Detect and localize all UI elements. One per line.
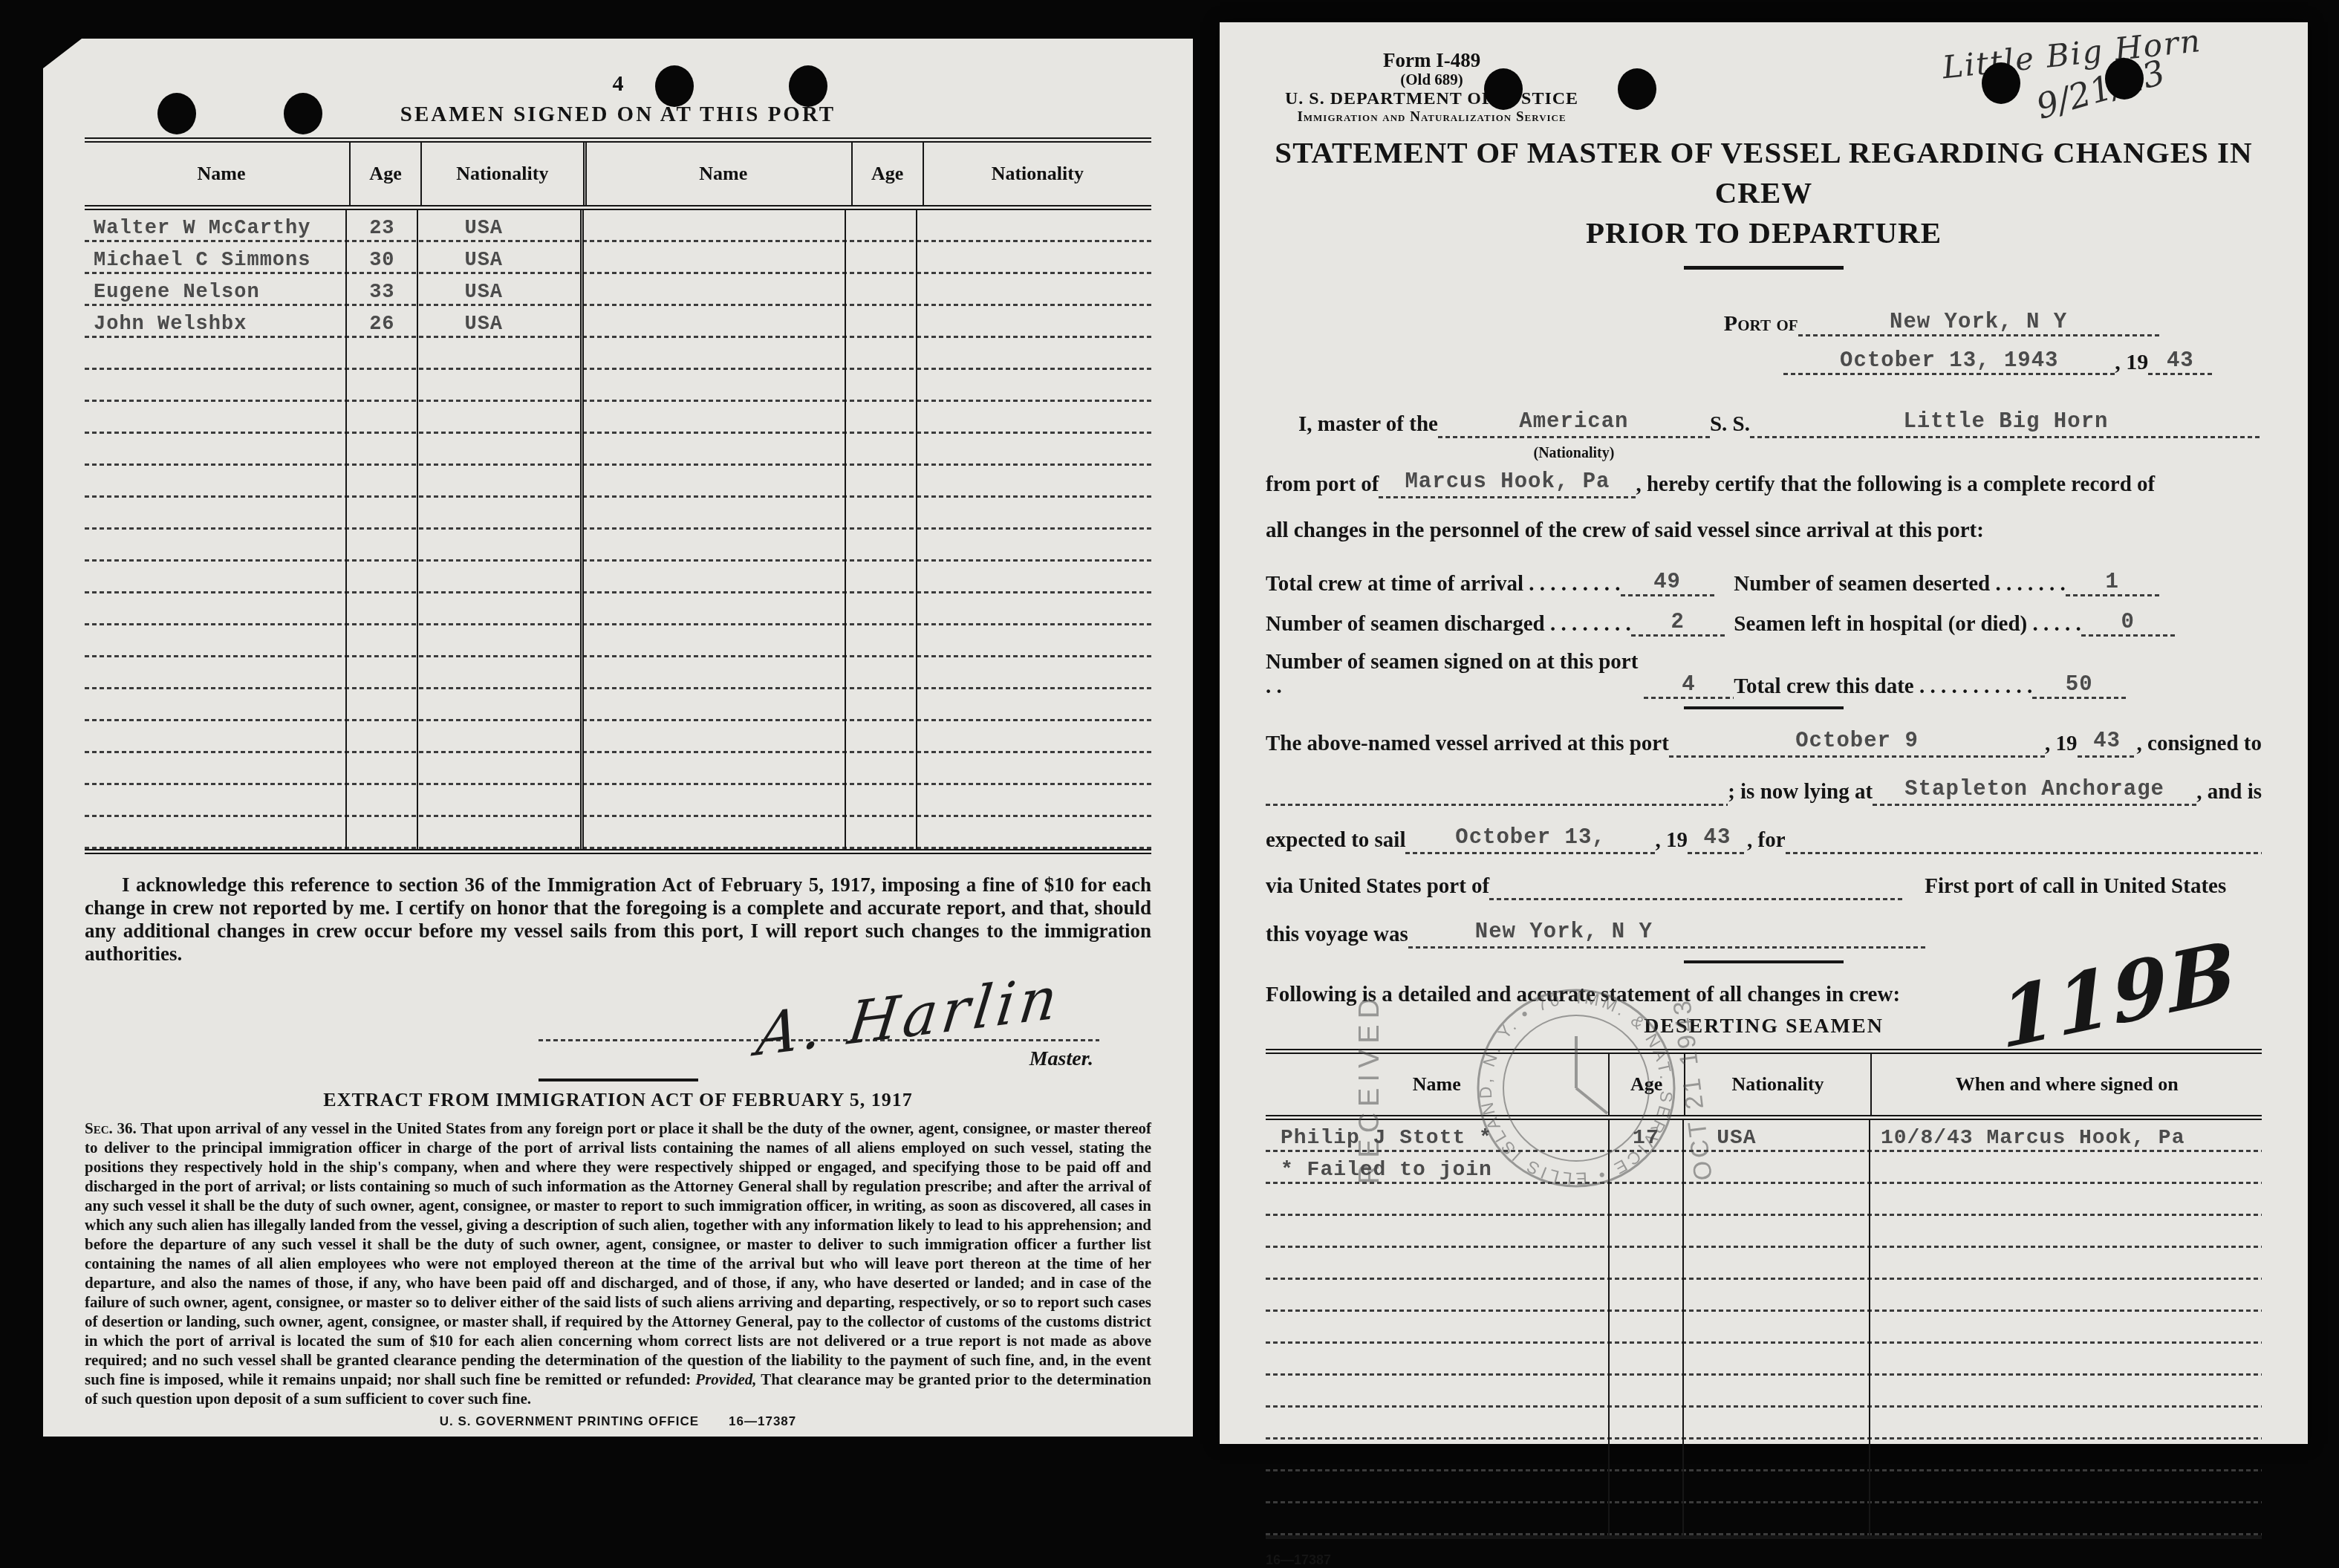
table-cell	[584, 306, 846, 338]
section-divider	[1684, 706, 1844, 709]
table-cell	[1684, 1312, 1870, 1344]
table-cell	[584, 530, 846, 562]
table-cell	[917, 402, 1151, 434]
form-print-number: 16—17387	[729, 1414, 796, 1428]
form-number: Form I-489	[1285, 49, 1578, 71]
punch-hole	[789, 65, 827, 107]
nationality-value: American	[1438, 408, 1710, 438]
arrival-line-2: ; is now lying at Stapleton Anchorage , …	[1266, 775, 2262, 806]
table-row	[85, 466, 1151, 498]
column-header: Name	[85, 143, 351, 205]
table-row: John Welshbx26USA	[85, 306, 1151, 338]
table-cell	[917, 210, 1151, 242]
table-cell	[85, 657, 347, 689]
table-cell	[85, 338, 347, 370]
deserting-table-body: Philip J Stott *17USA10/8/43 Marcus Hook…	[1266, 1120, 2262, 1480]
stat-row: Number of seamen discharged . . . . . . …	[1266, 610, 2262, 637]
arrival-line-3: expected to sail October 13, , 19 43 , f…	[1266, 824, 2262, 854]
punch-hole	[1982, 62, 2020, 104]
table-row	[85, 625, 1151, 657]
table-cell	[347, 402, 418, 434]
arrival-date-value: October 9	[1669, 727, 2045, 758]
table-row	[1266, 1248, 2262, 1280]
table-cell	[1266, 1248, 1610, 1280]
cell-text: USA	[464, 311, 503, 338]
table-cell	[418, 562, 584, 593]
table-row	[1266, 1471, 2262, 1480]
table-cell: USA	[418, 306, 584, 338]
table-cell	[418, 625, 584, 657]
table-row: Philip J Stott *17USA10/8/43 Marcus Hook…	[1266, 1120, 2262, 1152]
table-row: Michael C Simmons30USA	[85, 242, 1151, 274]
table-row	[1266, 1216, 2262, 1248]
cell-text: * Failed to join	[1281, 1157, 1492, 1184]
table-cell	[846, 785, 917, 817]
table-cell	[584, 785, 846, 817]
table-cell	[347, 338, 418, 370]
table-cell	[1684, 1248, 1870, 1280]
table-cell	[1266, 1376, 1610, 1408]
table-cell	[1684, 1471, 1870, 1480]
table-cell	[418, 817, 584, 849]
table-cell	[1266, 1344, 1610, 1376]
table-cell	[584, 434, 846, 466]
cell-text: USA	[464, 279, 503, 306]
table-row	[1266, 1184, 2262, 1216]
table-cell	[846, 434, 917, 466]
cell-text: 26	[369, 311, 394, 338]
table-cell	[1610, 1152, 1685, 1184]
table-cell	[917, 242, 1151, 274]
punch-hole	[157, 93, 196, 134]
table-cell: USA	[1684, 1120, 1870, 1152]
arrival-line-5: this voyage was New York, N Y	[1266, 918, 2262, 949]
table-cell	[347, 625, 418, 657]
table-cell: 30	[347, 242, 418, 274]
table-cell	[584, 210, 846, 242]
table-row	[85, 721, 1151, 753]
table-cell	[1684, 1439, 1870, 1471]
crew-statistics: Total crew at time of arrival . . . . . …	[1266, 570, 2262, 699]
date-row: October 13, 1943 , 19 43	[1783, 348, 2262, 375]
first-port-label: First port of call in United States	[1925, 872, 2226, 900]
table-cell	[917, 338, 1151, 370]
table-cell	[347, 562, 418, 593]
certify-line-3: all changes in the personnel of the crew…	[1266, 516, 2262, 544]
table-cell	[846, 370, 917, 402]
table-cell	[85, 625, 347, 657]
scanned-document: 4 SEAMEN SIGNED ON AT THIS PORT Name Age…	[0, 0, 2339, 1480]
table-row: Walter W McCarthy23USA	[85, 210, 1151, 242]
table-cell	[584, 338, 846, 370]
cell-text: 33	[369, 279, 394, 306]
table-cell: John Welshbx	[85, 306, 347, 338]
table-cell	[418, 721, 584, 753]
table-row	[85, 498, 1151, 530]
cell-text: USA	[1717, 1125, 1756, 1152]
table-cell	[917, 306, 1151, 338]
table-cell: USA	[418, 210, 584, 242]
certify-tail: , hereby certify that the following is a…	[1636, 470, 2155, 498]
table-cell	[418, 338, 584, 370]
table-cell	[1870, 1184, 2262, 1216]
gpo-text: U. S. GOVERNMENT PRINTING OFFICE	[440, 1414, 699, 1428]
table-cell	[846, 466, 917, 498]
table-cell	[347, 817, 418, 849]
stat-row: Total crew at time of arrival . . . . . …	[1266, 570, 2262, 596]
table-cell	[85, 753, 347, 785]
table-cell	[917, 593, 1151, 625]
table-row	[85, 657, 1151, 689]
table-cell	[917, 817, 1151, 849]
following-text: Following is a detailed and accurate sta…	[1266, 983, 1900, 1006]
table-cell	[85, 530, 347, 562]
table-cell	[1610, 1184, 1685, 1216]
punch-hole	[655, 65, 694, 107]
stat-label: Total crew at time of arrival . . . . . …	[1266, 572, 1621, 596]
table-cell	[418, 530, 584, 562]
extract-lead: Sec. 36.	[85, 1119, 137, 1137]
column-header: Nationality	[924, 143, 1151, 205]
table-cell: * Failed to join	[1266, 1152, 1610, 1184]
table-row	[85, 338, 1151, 370]
table-cell	[85, 593, 347, 625]
via-label: via United States port of	[1266, 872, 1489, 900]
table-cell	[85, 562, 347, 593]
table-row	[1266, 1376, 2262, 1408]
table-cell	[418, 370, 584, 402]
table-cell	[1870, 1344, 2262, 1376]
table-row	[85, 434, 1151, 466]
table-row	[1266, 1439, 2262, 1471]
table-cell	[917, 370, 1151, 402]
table-cell	[1684, 1280, 1870, 1312]
table-cell: 10/8/43 Marcus Hook, Pa	[1870, 1120, 2262, 1152]
department-name: U. S. DEPARTMENT OF JUSTICE	[1285, 89, 1578, 109]
table-cell	[846, 530, 917, 562]
table-cell	[347, 657, 418, 689]
stat-label: Number of seamen deserted . . . . . . .	[1734, 572, 2065, 596]
table-cell	[584, 466, 846, 498]
table-cell	[917, 721, 1151, 753]
voyage-value: New York, N Y	[1408, 918, 1927, 949]
year-printed: , 19	[2115, 350, 2148, 375]
column-header: Nationality	[1685, 1054, 1873, 1115]
form-title-line2: PRIOR TO DEPARTURE	[1586, 215, 1942, 250]
stat-value: 4	[1644, 672, 1734, 699]
table-cell	[1266, 1280, 1610, 1312]
table-cell	[846, 498, 917, 530]
cell-text: 30	[369, 247, 394, 274]
table-cell	[584, 370, 846, 402]
table-cell	[1610, 1280, 1685, 1312]
service-name: Immigration and Naturalization Service	[1285, 109, 1578, 125]
table-row	[1266, 1408, 2262, 1439]
column-header: When and where signed on	[1872, 1054, 2262, 1115]
stat-value: 0	[2081, 610, 2175, 637]
for-label: , for	[1747, 826, 1786, 854]
consigned-label: , consigned to	[2137, 729, 2262, 758]
signed-on-table: Name Age Nationality Name Age Nationalit…	[85, 137, 1151, 854]
stat-label: Total crew this date . . . . . . . . . .…	[1734, 674, 2032, 699]
year-printed: , 19	[2045, 729, 2078, 758]
table-cell	[846, 210, 917, 242]
form-title-line1: STATEMENT OF MASTER OF VESSEL REGARDING …	[1275, 135, 2252, 209]
table-cell	[1870, 1312, 2262, 1344]
table-cell: 17	[1610, 1120, 1685, 1152]
table-cell	[584, 562, 846, 593]
punch-hole	[1618, 68, 1656, 110]
table-cell	[1870, 1280, 2262, 1312]
table-cell	[846, 306, 917, 338]
table-cell	[347, 466, 418, 498]
table-cell	[917, 785, 1151, 817]
table-cell	[1684, 1344, 1870, 1376]
table-cell	[917, 434, 1151, 466]
table-cell	[1266, 1439, 1610, 1471]
lying-value: Stapleton Anchorage	[1873, 775, 2196, 806]
table-row	[85, 530, 1151, 562]
table-cell	[917, 625, 1151, 657]
table-cell	[1870, 1408, 2262, 1439]
table-cell	[418, 466, 584, 498]
certify-line-1: I, master of the American (Nationality) …	[1266, 406, 2262, 438]
table-cell	[584, 657, 846, 689]
table-cell	[85, 498, 347, 530]
table-row	[85, 402, 1151, 434]
table-cell	[1684, 1216, 1870, 1248]
cell-text: Philip J Stott *	[1281, 1125, 1492, 1152]
table-cell	[418, 689, 584, 721]
extract-heading: EXTRACT FROM IMMIGRATION ACT OF FEBRUARY…	[85, 1089, 1151, 1111]
table-cell	[85, 689, 347, 721]
table-cell	[418, 657, 584, 689]
year-typed: 43	[2148, 348, 2212, 375]
following-row: Following is a detailed and accurate sta…	[1266, 983, 2262, 1007]
extract-body: That upon arrival of any vessel in the U…	[85, 1119, 1151, 1388]
nationality-sublabel: (Nationality)	[1533, 439, 1614, 467]
table-cell: Walter W McCarthy	[85, 210, 347, 242]
table-cell	[85, 402, 347, 434]
table-cell	[347, 753, 418, 785]
table-cell	[846, 274, 917, 306]
table-cell	[1610, 1471, 1685, 1480]
year-typed: 43	[2078, 727, 2137, 758]
table-cell	[85, 721, 347, 753]
table-cell	[1870, 1248, 2262, 1280]
table-row	[85, 753, 1151, 785]
year-typed: 43	[1688, 824, 1747, 854]
cell-text: USA	[464, 215, 503, 242]
punch-hole	[1484, 68, 1523, 110]
signed-on-table-body: Walter W McCarthy23USAMichael C Simmons3…	[85, 210, 1151, 849]
table-cell	[1870, 1152, 2262, 1184]
extract-provided: Provided,	[695, 1370, 756, 1388]
column-header: Name	[587, 143, 853, 205]
deserting-table: Name Age Nationality When and where sign…	[1266, 1049, 2262, 1480]
table-cell	[584, 753, 846, 785]
table-cell	[418, 498, 584, 530]
form-old-number: (Old 689)	[1285, 71, 1578, 89]
table-cell	[1266, 1184, 1610, 1216]
sail-label: expected to sail	[1266, 826, 1405, 854]
master-signature: A. Harlin	[753, 964, 1065, 1070]
table-cell	[846, 753, 917, 785]
punch-hole	[2105, 58, 2144, 100]
acknowledgment-paragraph: I acknowledge this reference to section …	[85, 874, 1151, 966]
column-header: Name	[1266, 1054, 1610, 1115]
voyage-label: this voyage was	[1266, 920, 1408, 949]
table-cell	[347, 530, 418, 562]
table-cell	[1684, 1152, 1870, 1184]
table-cell	[347, 689, 418, 721]
table-cell	[846, 593, 917, 625]
cell-text: 17	[1633, 1125, 1659, 1152]
punch-hole	[284, 93, 322, 134]
column-header: Age	[351, 143, 422, 205]
column-header: Nationality	[422, 143, 587, 205]
section-divider	[1684, 960, 1844, 963]
cell-text: 23	[369, 215, 394, 242]
stat-label: Number of seamen signed on at this port …	[1266, 650, 1644, 699]
table-row	[85, 689, 1151, 721]
table-cell	[917, 498, 1151, 530]
table-cell	[846, 721, 917, 753]
table-cell	[846, 689, 917, 721]
table-cell	[1870, 1216, 2262, 1248]
table-cell	[1266, 1312, 1610, 1344]
stat-label: Seamen left in hospital (or died) . . . …	[1734, 612, 2081, 637]
certify-line3-text: all changes in the personnel of the crew…	[1266, 516, 1984, 544]
table-row	[1266, 1312, 2262, 1344]
certify-lead: I, master of the	[1266, 410, 1438, 438]
table-cell	[347, 593, 418, 625]
table-cell	[418, 593, 584, 625]
signature-area: A. Harlin Master.	[85, 966, 1151, 1071]
table-row: * Failed to join	[1266, 1152, 2262, 1184]
stat-value: 2	[1631, 610, 1725, 637]
arrival-line-1: The above-named vessel arrived at this p…	[1266, 727, 2262, 758]
table-cell: 26	[347, 306, 418, 338]
table-cell	[584, 498, 846, 530]
table-cell	[1610, 1248, 1685, 1280]
vessel-name-value: Little Big Horn	[1750, 408, 2262, 438]
column-header: Age	[853, 143, 924, 205]
table-cell	[85, 466, 347, 498]
table-cell	[1610, 1376, 1685, 1408]
port-of-row: Port of New York, N Y	[1724, 310, 2262, 336]
table-cell	[846, 625, 917, 657]
table-cell	[85, 370, 347, 402]
signed-on-heading: SEAMEN SIGNED ON AT THIS PORT	[85, 103, 1151, 127]
table-cell	[917, 562, 1151, 593]
table-cell: 23	[347, 210, 418, 242]
table-cell	[917, 753, 1151, 785]
table-cell: Eugene Nelson	[85, 274, 347, 306]
table-row	[85, 817, 1151, 849]
table-cell	[584, 817, 846, 849]
table-cell	[846, 242, 917, 274]
ss-label: S. S.	[1710, 410, 1750, 438]
blank-line	[1266, 781, 1728, 806]
table-cell	[1870, 1471, 2262, 1480]
deserting-table-header: Name Age Nationality When and where sign…	[1266, 1054, 2262, 1120]
column-header: Age	[1610, 1054, 1685, 1115]
table-row	[1266, 1344, 2262, 1376]
form-id-block: Form I-489 (Old 689) U. S. DEPARTMENT OF…	[1285, 49, 1578, 125]
table-cell	[584, 689, 846, 721]
from-port-label: from port of	[1266, 470, 1379, 498]
signature-title: Master.	[1029, 1047, 1093, 1071]
right-page: Form I-489 (Old 689) U. S. DEPARTMENT OF…	[1220, 22, 2308, 1444]
table-cell	[347, 785, 418, 817]
table-cell	[1610, 1408, 1685, 1439]
stat-value: 49	[1621, 570, 1714, 596]
table-row	[85, 562, 1151, 593]
table-cell	[846, 562, 917, 593]
table-cell	[846, 657, 917, 689]
stat-value: 1	[2066, 570, 2159, 596]
table-cell	[347, 434, 418, 466]
year-printed: , 19	[1655, 826, 1688, 854]
table-row	[85, 785, 1151, 817]
arrival-line-4: via United States port of First port of …	[1266, 872, 2262, 900]
table-cell	[1684, 1408, 1870, 1439]
table-cell	[1266, 1408, 1610, 1439]
extract-paragraph: Sec. 36. That upon arrival of any vessel…	[85, 1119, 1151, 1408]
sail-date-value: October 13,	[1405, 824, 1655, 854]
table-cell	[1610, 1344, 1685, 1376]
table-row: Eugene Nelson33USA	[85, 274, 1151, 306]
stat-row: Number of seamen signed on at this port …	[1266, 650, 2262, 699]
table-cell	[1870, 1439, 2262, 1471]
cell-text: Eugene Nelson	[94, 279, 260, 306]
stat-label: Number of seamen discharged . . . . . . …	[1266, 612, 1631, 637]
table-cell	[1610, 1312, 1685, 1344]
blank-line	[1786, 829, 2262, 854]
table-cell	[584, 721, 846, 753]
cell-text: 10/8/43 Marcus Hook, Pa	[1881, 1125, 2185, 1152]
table-cell	[917, 689, 1151, 721]
from-port-value: Marcus Hook, Pa	[1379, 468, 1636, 498]
cell-text: USA	[464, 247, 503, 274]
table-cell	[917, 274, 1151, 306]
table-row	[85, 370, 1151, 402]
table-cell: 33	[347, 274, 418, 306]
gpo-footer: U. S. GOVERNMENT PRINTING OFFICE16—17387	[85, 1414, 1151, 1429]
table-cell	[1266, 1471, 1610, 1480]
table-row	[85, 593, 1151, 625]
table-cell: Michael C Simmons	[85, 242, 347, 274]
table-cell	[347, 370, 418, 402]
table-cell	[418, 434, 584, 466]
lying-label: ; is now lying at	[1728, 778, 1873, 806]
table-cell	[1684, 1184, 1870, 1216]
table-cell	[418, 402, 584, 434]
table-cell	[917, 657, 1151, 689]
table-cell	[584, 242, 846, 274]
table-cell	[418, 785, 584, 817]
table-cell	[1266, 1216, 1610, 1248]
title-underline	[1684, 266, 1844, 270]
cell-text: Michael C Simmons	[94, 247, 310, 274]
table-cell	[85, 817, 347, 849]
table-cell	[917, 530, 1151, 562]
cell-text: John Welshbx	[94, 311, 247, 338]
table-cell	[1610, 1216, 1685, 1248]
table-cell	[584, 593, 846, 625]
table-cell	[347, 498, 418, 530]
